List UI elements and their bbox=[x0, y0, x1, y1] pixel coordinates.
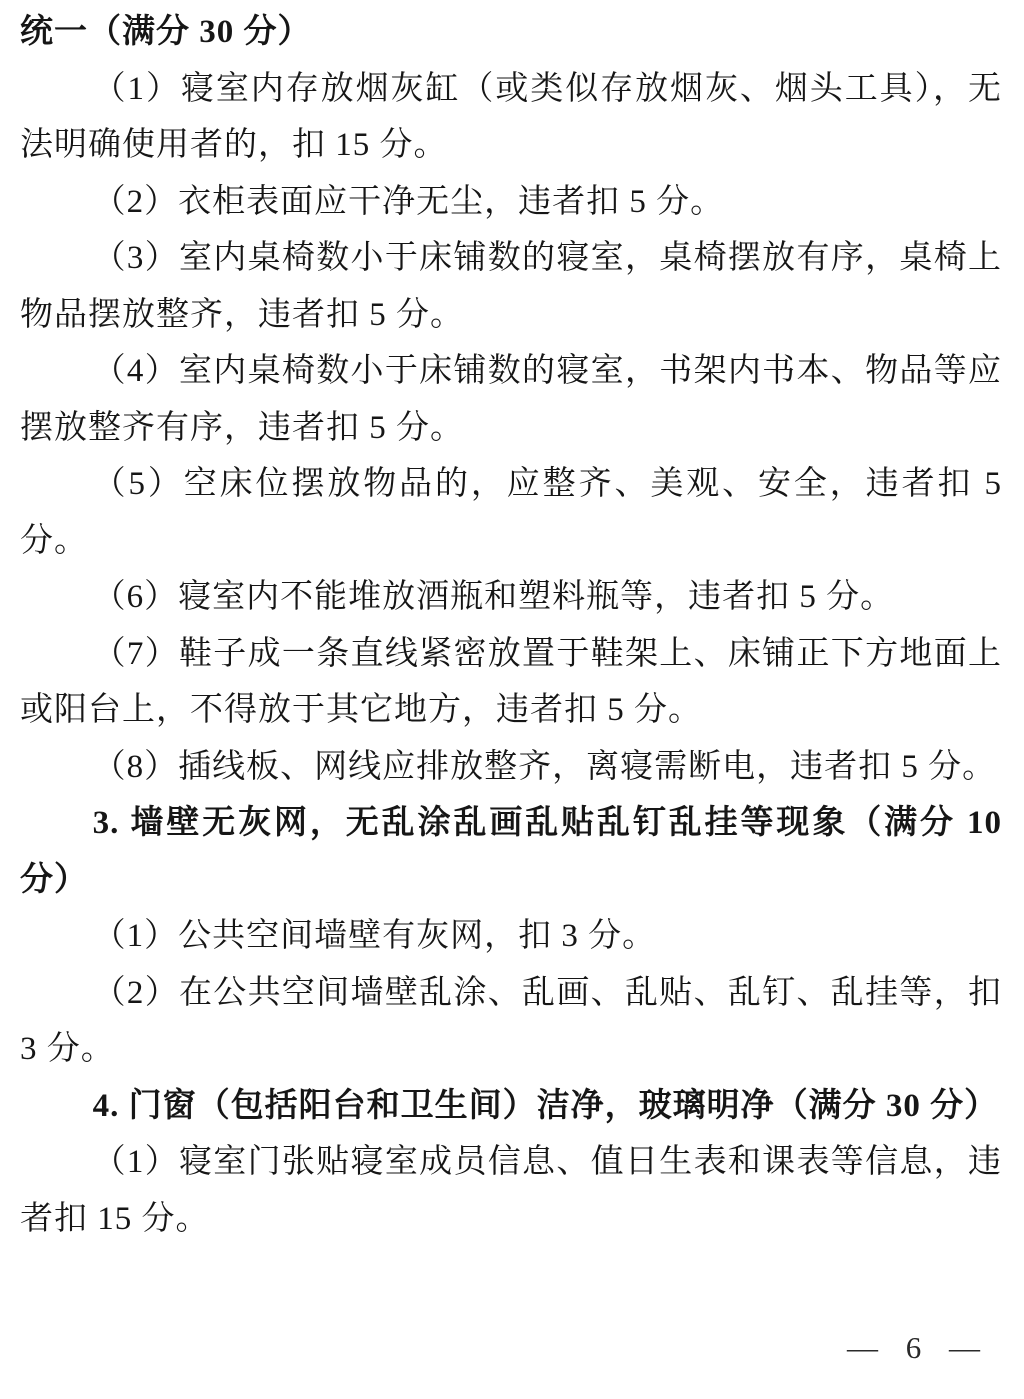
section-4-heading: 4. 门窗（包括阳台和卫生间）洁净，玻璃明净（满分 30 分） bbox=[20, 1078, 1002, 1135]
document-page-body: 统一（满分 30 分） （1）寝室内存放烟灰缸（或类似存放烟灰、烟头工具），无法… bbox=[20, 4, 1002, 1247]
section-2-item-4: （4）室内桌椅数小于床铺数的寝室，书架内书本、物品等应摆放整齐有序，违者扣 5 … bbox=[20, 343, 1002, 456]
section-2-item-1: （1）寝室内存放烟灰缸（或类似存放烟灰、烟头工具），无法明确使用者的，扣 15 … bbox=[20, 61, 1002, 174]
section-4-item-1: （1）寝室门张贴寝室成员信息、值日生表和课表等信息，违者扣 15 分。 bbox=[20, 1134, 1002, 1247]
section-2-item-6: （6）寝室内不能堆放酒瓶和塑料瓶等，违者扣 5 分。 bbox=[20, 569, 1002, 626]
section-2-item-8: （8）插线板、网线应排放整齐，离寝需断电，违者扣 5 分。 bbox=[20, 739, 1002, 796]
section-3-item-1: （1）公共空间墙壁有灰网，扣 3 分。 bbox=[20, 908, 1002, 965]
section-2-heading-continuation: 统一（满分 30 分） bbox=[20, 4, 1002, 61]
section-3-heading: 3. 墙壁无灰网，无乱涂乱画乱贴乱钉乱挂等现象（满分 10 分） bbox=[20, 795, 1002, 908]
section-3-item-2: （2）在公共空间墙壁乱涂、乱画、乱贴、乱钉、乱挂等，扣 3 分。 bbox=[20, 965, 1002, 1078]
section-2-item-7: （7）鞋子成一条直线紧密放置于鞋架上、床铺正下方地面上或阳台上，不得放于其它地方… bbox=[20, 626, 1002, 739]
section-2-item-5: （5）空床位摆放物品的，应整齐、美观、安全，违者扣 5 分。 bbox=[20, 456, 1002, 569]
section-2-item-2: （2）衣柜表面应干净无尘，违者扣 5 分。 bbox=[20, 174, 1002, 231]
page-number: — 6 — bbox=[847, 1330, 982, 1366]
section-2-item-3: （3）室内桌椅数小于床铺数的寝室，桌椅摆放有序，桌椅上物品摆放整齐，违者扣 5 … bbox=[20, 230, 1002, 343]
